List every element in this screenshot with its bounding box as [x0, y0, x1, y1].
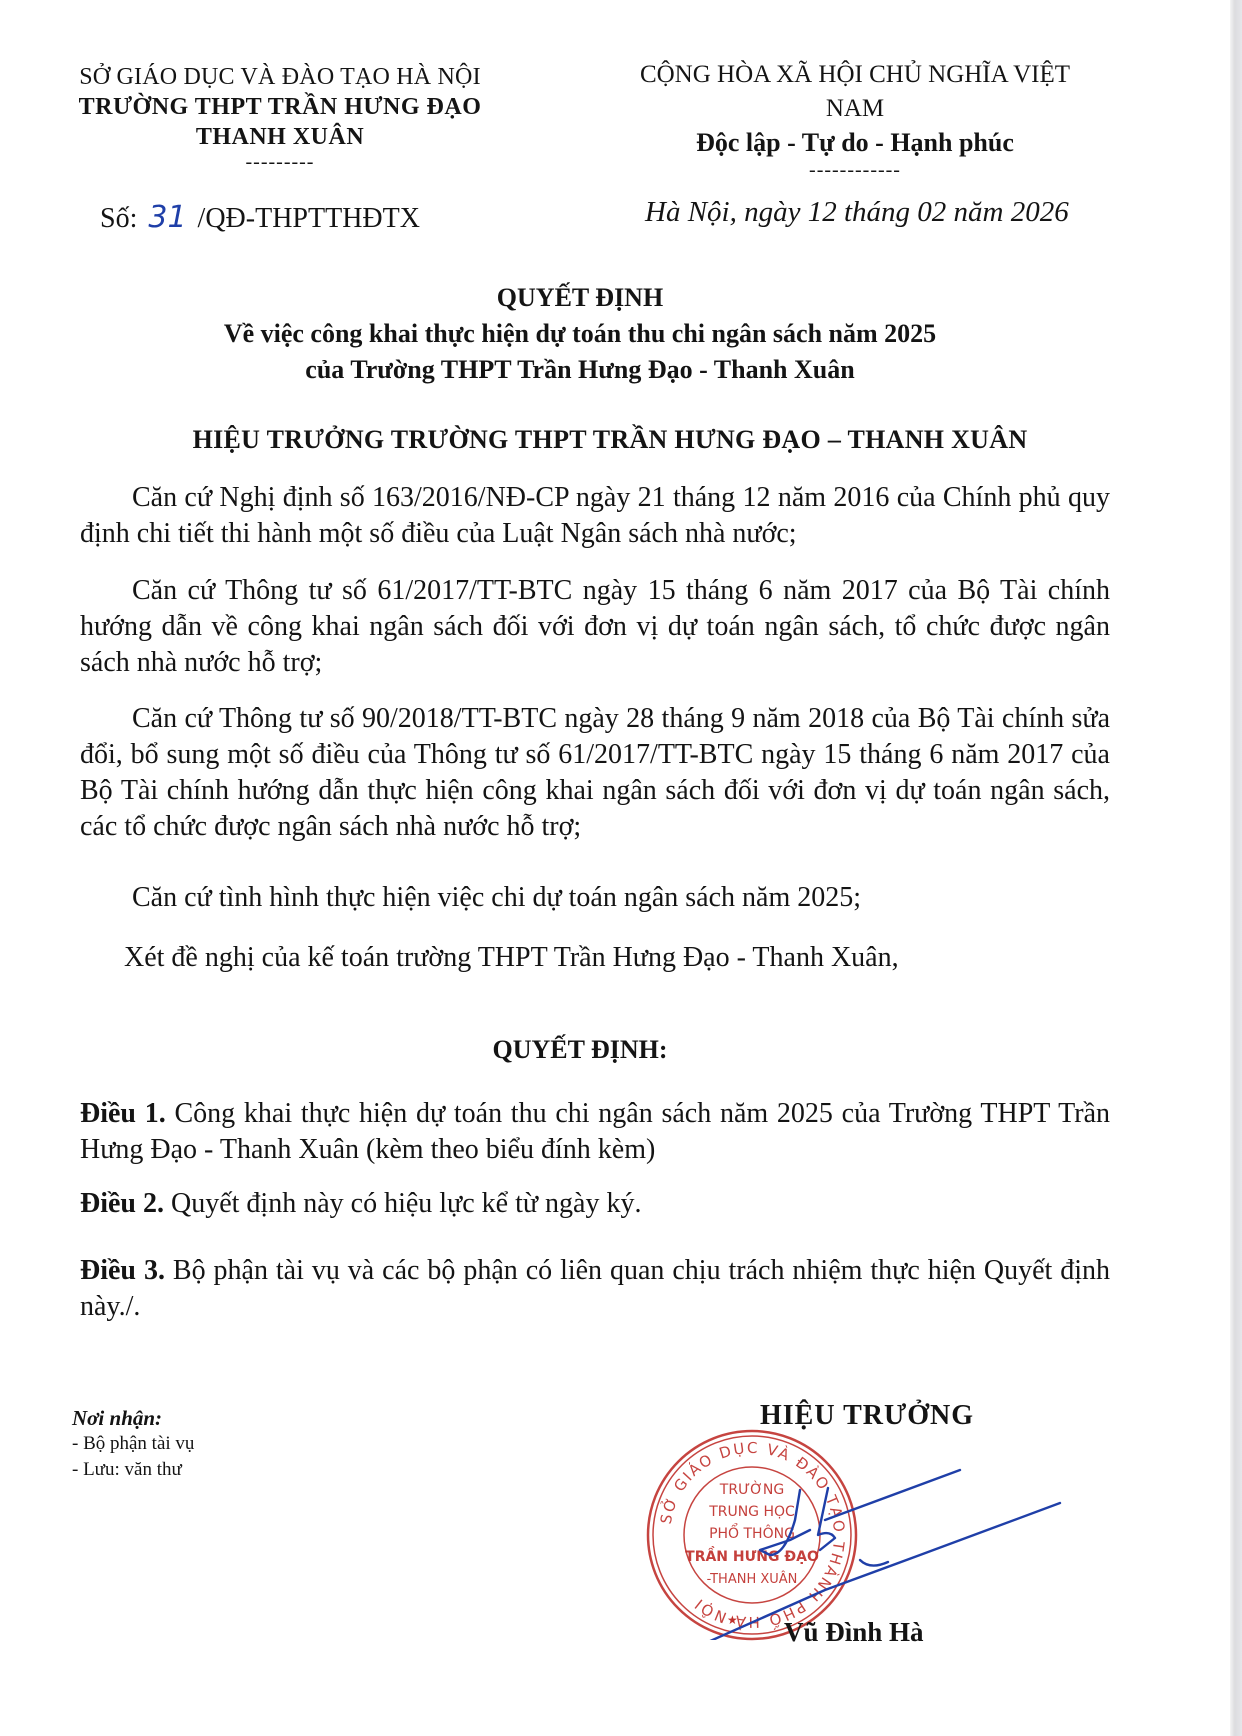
ref-suffix: /QĐ-THPTTHĐTX [198, 203, 420, 234]
decision-heading: QUYẾT ĐỊNH: [80, 1035, 1080, 1065]
article-label: Điều 2. [80, 1188, 164, 1219]
school-name-line2: THANH XUÂN [40, 122, 520, 152]
preamble-1: Căn cứ Nghị định số 163/2016/NĐ-CP ngày … [80, 480, 1110, 552]
article-3: Điều 3. Bộ phận tài vụ và các bộ phận có… [80, 1253, 1110, 1325]
title-subject-line2: của Trường THPT Trần Hưng Đạo - Thanh Xu… [80, 352, 1080, 388]
article-text: Bộ phận tài vụ và các bộ phận có liên qu… [80, 1255, 1110, 1322]
nation-name: CỘNG HÒA XÃ HỘI CHỦ NGHĨA VIỆT NAM [615, 58, 1095, 126]
nation-block: CỘNG HÒA XÃ HỘI CHỦ NGHĨA VIỆT NAM Độc l… [615, 58, 1095, 180]
handwritten-number: 31 [144, 200, 190, 235]
page-edge-shadow [1230, 0, 1242, 1736]
ref-prefix: Số: [100, 203, 137, 234]
issuer-block: SỞ GIÁO DỤC VÀ ĐÀO TẠO HÀ NỘI TRƯỜNG THP… [40, 62, 520, 172]
issue-date: Hà Nội, ngày 12 tháng 02 năm 2026 [645, 196, 1069, 229]
handwritten-signature [660, 1440, 1080, 1640]
title-heading: QUYẾT ĐỊNH [80, 280, 1080, 316]
separator: ------------ [615, 160, 1095, 180]
recipients-block: Nơi nhận: - Bộ phận tài vụ - Lưu: văn th… [72, 1405, 194, 1483]
preamble-5: Xét đề nghị của kế toán trường THPT Trần… [80, 940, 1110, 976]
article-text: Quyết định này có hiệu lực kể từ ngày ký… [164, 1188, 641, 1219]
article-label: Điều 1. [80, 1098, 166, 1129]
recipients-title: Nơi nhận: [72, 1405, 194, 1431]
national-motto: Độc lập - Tự do - Hạnh phúc [615, 126, 1095, 160]
recipient-item: - Bộ phận tài vụ [72, 1431, 194, 1457]
article-2: Điều 2. Quyết định này có hiệu lực kể từ… [80, 1186, 1110, 1222]
article-label: Điều 3. [80, 1255, 165, 1286]
article-1: Điều 1. Công khai thực hiện dự toán thu … [80, 1096, 1110, 1168]
article-text: Công khai thực hiện dự toán thu chi ngân… [80, 1098, 1110, 1165]
school-name-line1: TRƯỜNG THPT TRẦN HƯNG ĐẠO [40, 92, 520, 122]
document-title: QUYẾT ĐỊNH Về việc công khai thực hiện d… [80, 280, 1080, 388]
issuing-authority: HIỆU TRƯỞNG TRƯỜNG THPT TRẦN HƯNG ĐẠO – … [60, 425, 1160, 455]
separator: --------- [40, 152, 520, 172]
preamble-2: Căn cứ Thông tư số 61/2017/TT-BTC ngày 1… [80, 573, 1110, 681]
signer-name: Vũ Đình Hà [784, 1617, 924, 1648]
title-subject-line1: Về việc công khai thực hiện dự toán thu … [80, 316, 1080, 352]
reference-number: Số: 31 /QĐ-THPTTHĐTX [100, 200, 420, 235]
recipient-item: - Lưu: văn thư [72, 1457, 194, 1483]
agency-name: SỞ GIÁO DỤC VÀ ĐÀO TẠO HÀ NỘI [40, 62, 520, 92]
preamble-3: Căn cứ Thông tư số 90/2018/TT-BTC ngày 2… [80, 701, 1110, 845]
preamble-4: Căn cứ tình hình thực hiện việc chi dự t… [80, 880, 1110, 916]
